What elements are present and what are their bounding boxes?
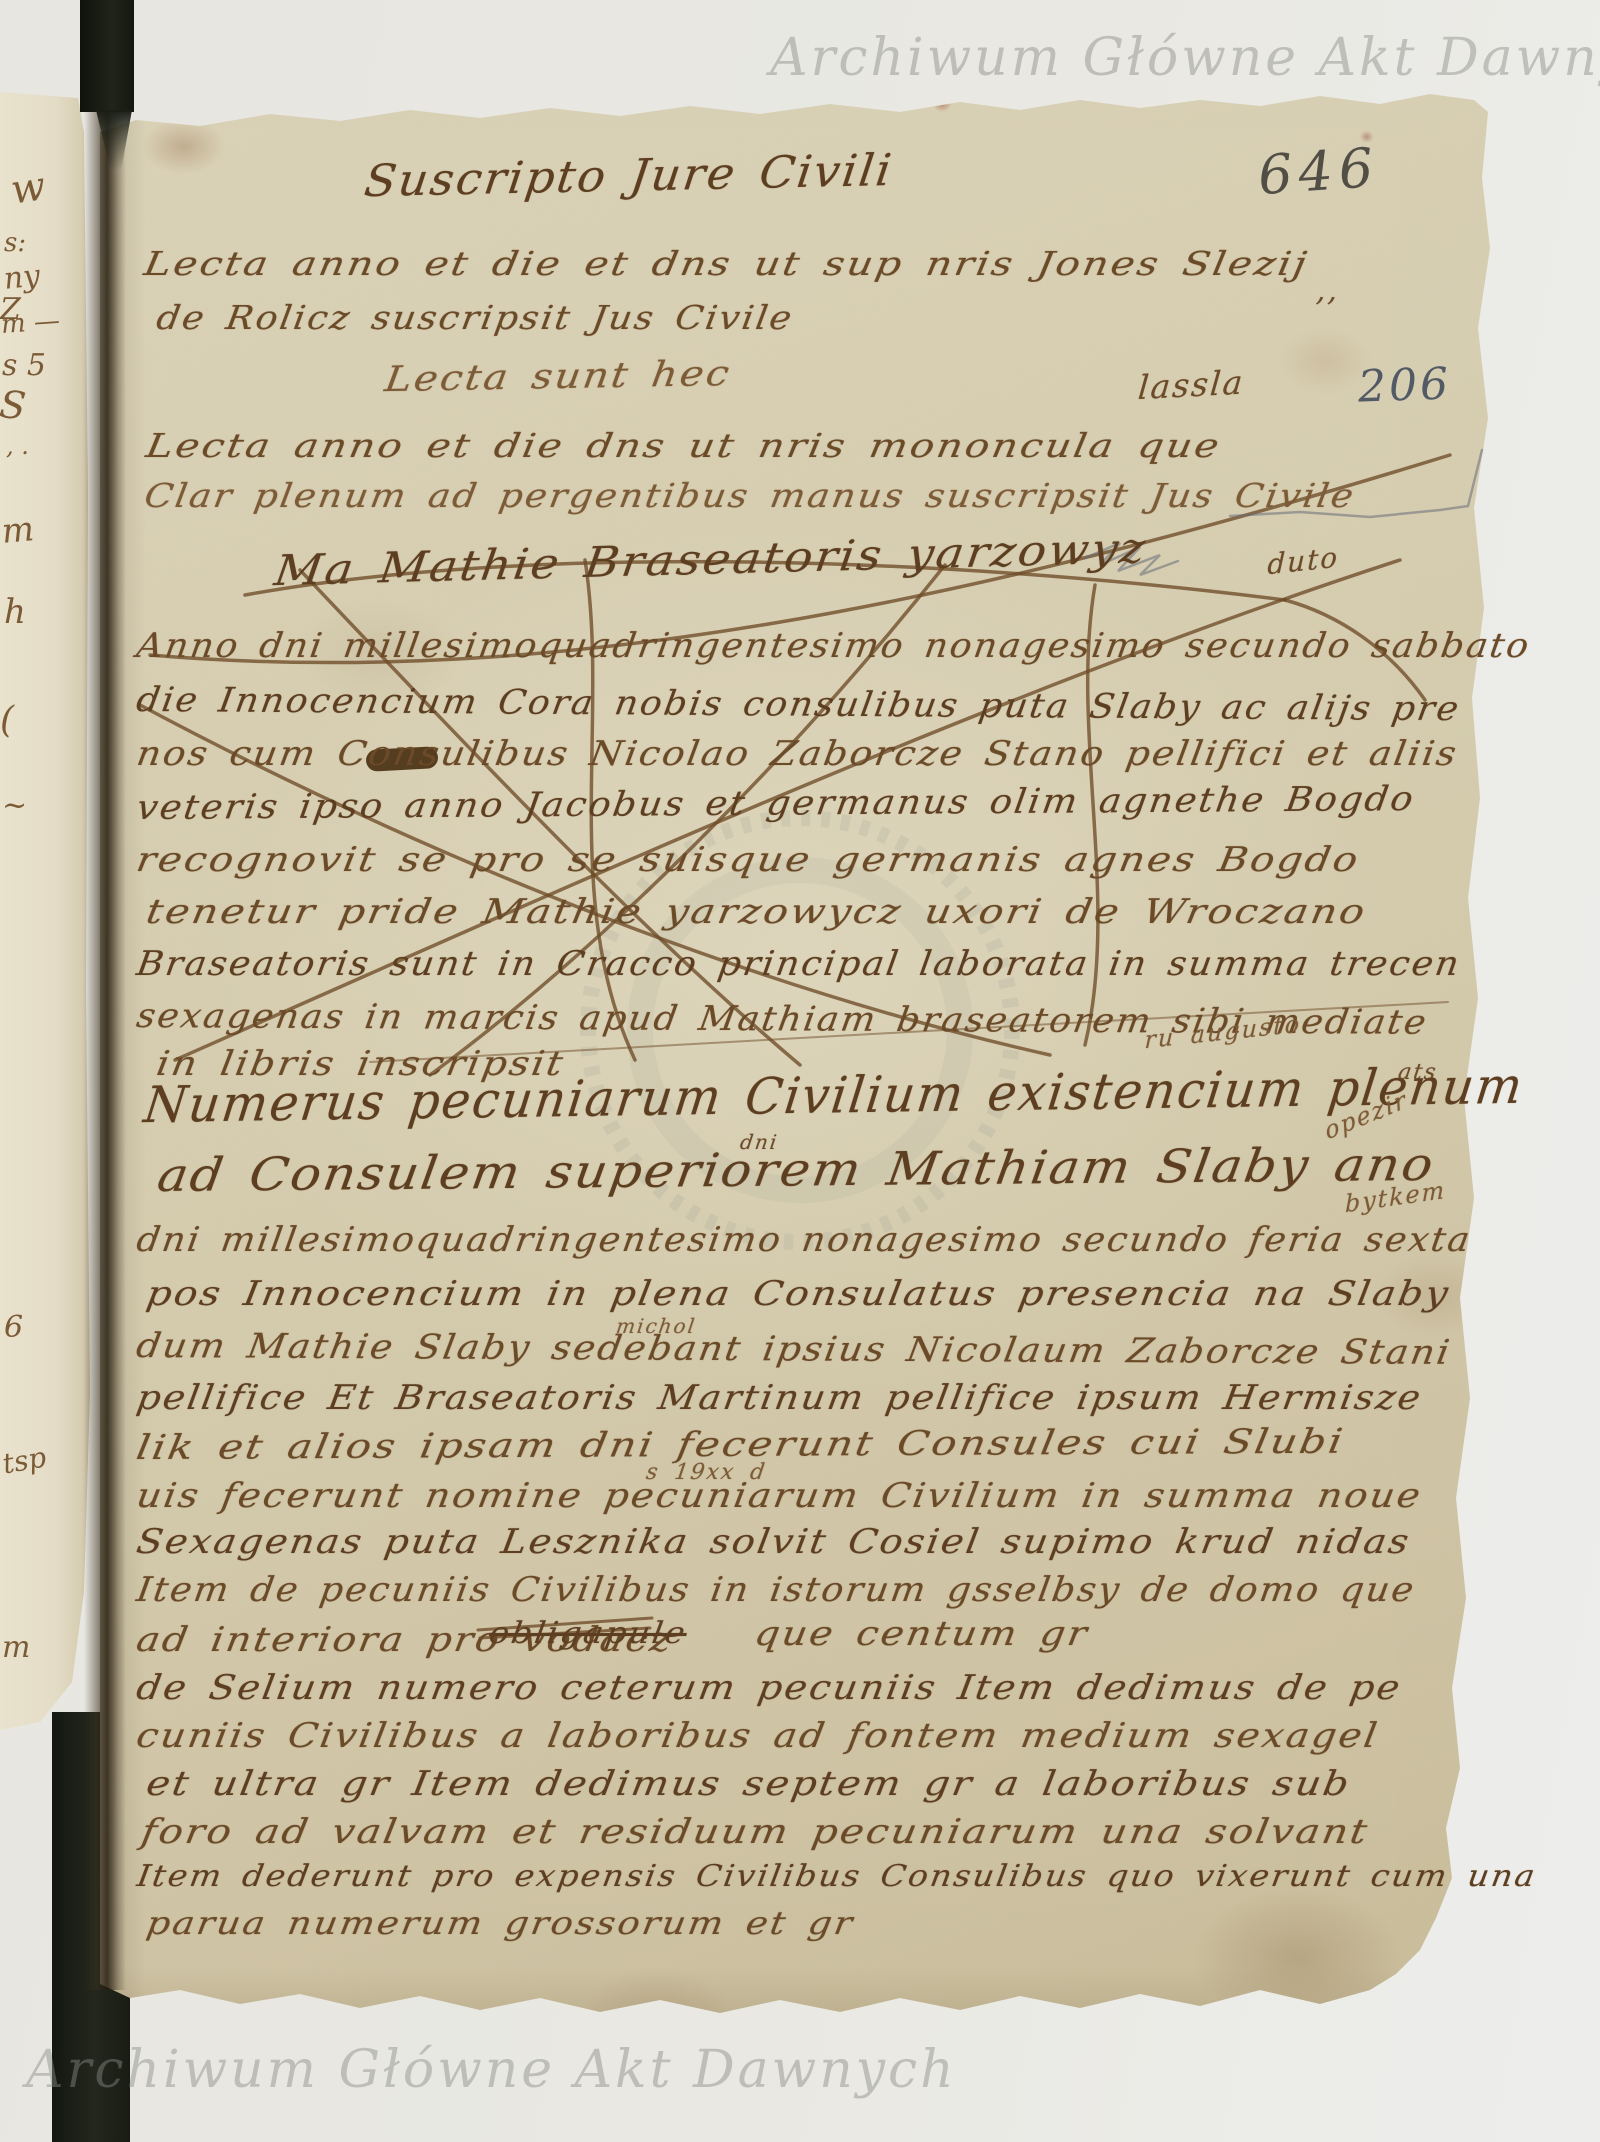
manuscript-line: Clar plenum ad pergentibus manus suscrip… bbox=[142, 476, 1358, 515]
manuscript-line: Item dederunt pro expensis Civilibus Con… bbox=[135, 1859, 1540, 1894]
manuscript-line: cuniis Civilibus a laboribus ad fontem m… bbox=[134, 1716, 1382, 1756]
verso-fragment: m — bbox=[0, 306, 61, 340]
manuscript-line: parua numerum grossorum et gr bbox=[144, 1904, 857, 1942]
verso-fragment: m bbox=[2, 1630, 30, 1665]
archive-watermark-top: Archiwum Główne Akt Dawnych bbox=[770, 28, 1600, 88]
archival-ribbon-top bbox=[80, 0, 134, 112]
verso-fragment: 6 bbox=[4, 1310, 23, 1345]
manuscript-line: Lecta anno et die et dns ut sup nris Jon… bbox=[141, 244, 1311, 283]
manuscript-line: pos Innocencium in plena Consulatus pres… bbox=[144, 1274, 1454, 1314]
manuscript-line: de Rolicz suscripsit Jus Civile bbox=[154, 298, 797, 337]
manuscript-line: dum Mathie Slaby sedebant ipsius Nicolau… bbox=[134, 1326, 1455, 1373]
manuscript-line: uis fecerunt nomine pecuniarum Civilium … bbox=[134, 1476, 1426, 1516]
manuscript-line: et ultra gr Item dedimus septem gr a lab… bbox=[143, 1764, 1354, 1804]
manuscript-line: tenetur pride Mathie yarzowycz uxori de … bbox=[143, 892, 1370, 932]
manuscript-line: Item de pecuniis Civilibus in istorum gs… bbox=[134, 1570, 1418, 1610]
margin-note: ats bbox=[1396, 1060, 1439, 1085]
manuscript-line: lassla bbox=[1137, 362, 1247, 407]
verso-fragment: w bbox=[8, 163, 48, 213]
manuscript-line: Lecta anno et die dns ut nris mononcula … bbox=[143, 426, 1224, 465]
manuscript-line: Anno dni millesimoquadringentesimo nonag… bbox=[134, 626, 1533, 666]
verso-fragment: ( bbox=[0, 700, 14, 741]
verso-fragment: m bbox=[0, 509, 36, 552]
verso-fragment: h bbox=[4, 592, 26, 632]
folio-number-pencil: 206 bbox=[1357, 358, 1452, 412]
manuscript-line: Sexagenas puta Lesznika solvit Cosiel su… bbox=[134, 1522, 1414, 1562]
manuscript-line: que centum gr bbox=[752, 1614, 1092, 1654]
interlinear-note: s 19xx d bbox=[644, 1460, 768, 1485]
struck-word: obligapule bbox=[487, 1616, 690, 1651]
folio-number-ink: 646 bbox=[1256, 136, 1381, 207]
manuscript-line: pellifice Et Braseatoris Martinum pellif… bbox=[134, 1378, 1425, 1418]
interlinear-note: michol bbox=[615, 1314, 698, 1338]
manuscript-line: dni millesimoquadringentesimo nonagesimo… bbox=[134, 1220, 1474, 1260]
verso-fragment: ~ bbox=[2, 788, 27, 823]
manuscript-line: Braseatoris sunt in Cracco principal lab… bbox=[134, 944, 1464, 984]
manuscript-line: Lecta sunt hec bbox=[382, 354, 734, 400]
interlinear-note: dni bbox=[739, 1130, 780, 1154]
manuscript-line: foro ad valvam et residuum pecuniarum un… bbox=[138, 1812, 1372, 1852]
verso-fragment: s: bbox=[4, 228, 26, 258]
manuscript-heading: ad Consulem superiorem Mathiam Slaby ano bbox=[154, 1137, 1439, 1202]
ink-marks: ’’ bbox=[1311, 292, 1339, 327]
archive-watermark-bottom: Archiwum Główne Akt Dawnych bbox=[26, 2040, 957, 2100]
verso-fragment: s 5 bbox=[2, 348, 46, 383]
manuscript-line: nos cum Consulibus Nicolao Zaborcze Stan… bbox=[134, 734, 1461, 774]
manuscript-line: de Selium numero ceterum pecuniis Item d… bbox=[134, 1668, 1405, 1708]
archival-scan: w s: ny Z m — s 5 S , . m h ( ~ 6 tsp m bbox=[0, 0, 1600, 2142]
verso-fragment: S bbox=[0, 382, 28, 428]
binding-gutter-shadow bbox=[84, 90, 126, 1990]
verso-fragment: , . bbox=[6, 432, 29, 460]
manuscript-line: recognovit se pro se suisque germanis ag… bbox=[133, 840, 1363, 880]
